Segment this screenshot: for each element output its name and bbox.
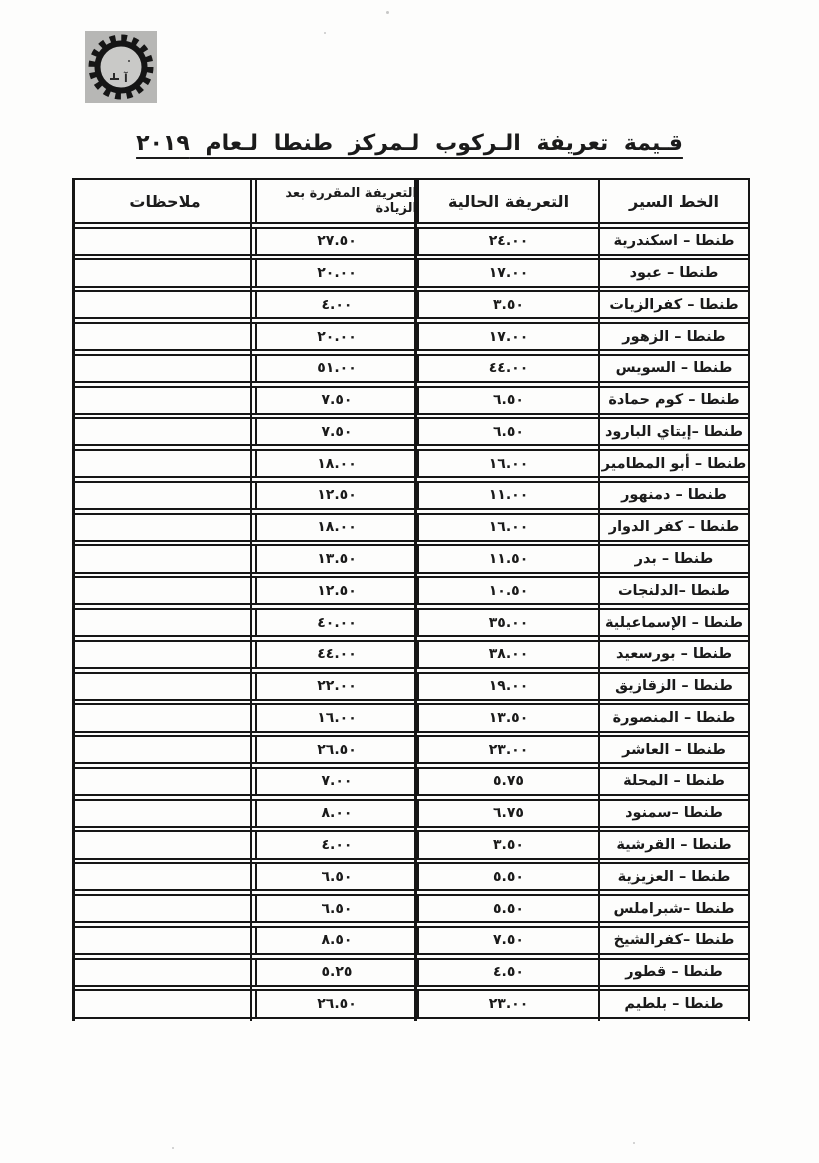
notes-cell (75, 292, 255, 317)
route-cell: طنطا – قطور (598, 960, 748, 985)
new-fare-cell: ٦.٥٠ (255, 896, 417, 921)
table-body: طنطا – اسكندرية ٢٤.٠٠ ٢٧.٥٠ طنطا – عبود … (72, 227, 750, 1019)
route-cell: طنطا – الزهور (598, 324, 748, 349)
header-notes: ملاحظات (75, 180, 255, 222)
current-fare-cell: ١٠.٥٠ (417, 578, 598, 603)
table-row: طنطا – اسكندرية ٢٤.٠٠ ٢٧.٥٠ (72, 227, 750, 256)
table-row: طنطا – المحلة ٥.٧٥ ٧.٠٠ (72, 767, 750, 796)
route-cell: طنطا – اسكندرية (598, 229, 748, 254)
notes-cell (75, 578, 255, 603)
new-fare-cell: ٧.٠٠ (255, 769, 417, 794)
notes-cell (75, 388, 255, 413)
route-cell: طنطا – المنصورة (598, 705, 748, 730)
route-cell: طنطا – كفرالزيات (598, 292, 748, 317)
route-cell: طنطا –شبراملس (598, 896, 748, 921)
current-fare-cell: ٢٣.٠٠ (417, 737, 598, 762)
fare-table: الخط السير التعريفة الحالية التعريفة الم… (72, 178, 750, 1021)
new-fare-cell: ٢٦.٥٠ (255, 737, 417, 762)
notes-cell (75, 832, 255, 857)
new-fare-cell: ٨.٠٠ (255, 801, 417, 826)
table-row: طنطا – كفر الدوار ١٦.٠٠ ١٨.٠٠ (72, 513, 750, 542)
scan-speck (386, 11, 389, 14)
table-row: طنطا – العاشر ٢٣.٠٠ ٢٦.٥٠ (72, 735, 750, 764)
current-fare-cell: ١٩.٠٠ (417, 674, 598, 699)
new-fare-cell: ١٨.٠٠ (255, 515, 417, 540)
current-fare-cell: ١١.٠٠ (417, 483, 598, 508)
route-cell: طنطا – الإسماعيلية (598, 610, 748, 635)
notes-cell (75, 515, 255, 540)
table-header-row: الخط السير التعريفة الحالية التعريفة الم… (72, 178, 750, 224)
current-fare-cell: ٧.٥٠ (417, 928, 598, 953)
notes-cell (75, 864, 255, 889)
new-fare-cell: ٤.٠٠ (255, 832, 417, 857)
current-fare-cell: ١٣.٥٠ (417, 705, 598, 730)
new-fare-cell: ٢٠.٠٠ (255, 260, 417, 285)
route-cell: طنطا – بلطيم (598, 991, 748, 1016)
notes-cell (75, 896, 255, 921)
table-row: طنطا –كفرالشيخ ٧.٥٠ ٨.٥٠ (72, 926, 750, 955)
notes-cell (75, 991, 255, 1016)
route-cell: طنطا –كفرالشيخ (598, 928, 748, 953)
table-row: طنطا – بدر ١١.٥٠ ١٣.٥٠ (72, 544, 750, 573)
current-fare-cell: ١٦.٠٠ (417, 515, 598, 540)
current-fare-cell: ٦.٥٠ (417, 419, 598, 444)
table-row: طنطا – الزقازيق ١٩.٠٠ ٢٢.٠٠ (72, 672, 750, 701)
new-fare-cell: ٢٧.٥٠ (255, 229, 417, 254)
table-row: طنطا –شبراملس ٥.٥٠ ٦.٥٠ (72, 894, 750, 923)
header-current: التعريفة الحالية (417, 180, 598, 222)
new-fare-cell: ٤٤.٠٠ (255, 642, 417, 667)
route-cell: طنطا – دمنهور (598, 483, 748, 508)
new-fare-cell: ١٣.٥٠ (255, 546, 417, 571)
table-row: طنطا – قطور ٤.٥٠ ٥.٢٥ (72, 958, 750, 987)
notes-cell (75, 229, 255, 254)
table-row: طنطا – عبود ١٧.٠٠ ٢٠.٠٠ (72, 258, 750, 287)
route-cell: طنطا – عبود (598, 260, 748, 285)
route-cell: طنطا – أبو المطامير (598, 451, 748, 476)
current-fare-cell: ٥.٥٠ (417, 864, 598, 889)
current-fare-cell: ٤.٥٠ (417, 960, 598, 985)
notes-cell (75, 642, 255, 667)
current-fare-cell: ٤٤.٠٠ (417, 356, 598, 381)
route-cell: طنطا – السويس (598, 356, 748, 381)
column-divider-new-notes (250, 178, 253, 1021)
route-cell: طنطا – الزقازيق (598, 674, 748, 699)
current-fare-cell: ١١.٥٠ (417, 546, 598, 571)
current-fare-cell: ٢٤.٠٠ (417, 229, 598, 254)
notes-cell (75, 324, 255, 349)
column-divider-current-new (414, 178, 417, 1021)
table-row: طنطا – بلطيم ٢٣.٠٠ ٢٦.٥٠ (72, 989, 750, 1018)
table-edge-left (72, 178, 75, 1021)
current-fare-cell: ٥.٧٥ (417, 769, 598, 794)
current-fare-cell: ٦.٧٥ (417, 801, 598, 826)
current-fare-cell: ٥.٥٠ (417, 896, 598, 921)
notes-cell (75, 451, 255, 476)
header-new-tariff: التعريفة المقررة بعد الزيادة (255, 180, 417, 222)
table-row: طنطا – كفرالزيات ٣.٥٠ ٤.٠٠ (72, 290, 750, 319)
table-row: طنطا – دمنهور ١١.٠٠ ١٢.٥٠ (72, 481, 750, 510)
notes-cell (75, 610, 255, 635)
notes-cell (75, 674, 255, 699)
new-fare-cell: ١٨.٠٠ (255, 451, 417, 476)
new-fare-cell: ٧.٥٠ (255, 419, 417, 444)
current-fare-cell: ١٧.٠٠ (417, 260, 598, 285)
table-row: طنطا –سمنود ٦.٧٥ ٨.٠٠ (72, 799, 750, 828)
notes-cell (75, 546, 255, 571)
notes-cell (75, 928, 255, 953)
scan-speck (633, 1142, 635, 1144)
column-divider-route-current (598, 178, 601, 1021)
notes-cell (75, 801, 255, 826)
table-row: طنطا – العزيزية ٥.٥٠ ٦.٥٠ (72, 862, 750, 891)
route-cell: طنطا – القرشية (598, 832, 748, 857)
route-cell: طنطا –سمنود (598, 801, 748, 826)
table-row: طنطا –إيتاي البارود ٦.٥٠ ٧.٥٠ (72, 417, 750, 446)
route-cell: طنطا –الدلنجات (598, 578, 748, 603)
new-fare-cell: ٨.٥٠ (255, 928, 417, 953)
table-row: طنطا – السويس ٤٤.٠٠ ٥١.٠٠ (72, 354, 750, 383)
route-cell: طنطا – العاشر (598, 737, 748, 762)
table-row: طنطا –الدلنجات ١٠.٥٠ ١٢.٥٠ (72, 576, 750, 605)
notes-cell (75, 960, 255, 985)
table-row: طنطا – أبو المطامير ١٦.٠٠ ١٨.٠٠ (72, 449, 750, 478)
current-fare-cell: ٦.٥٠ (417, 388, 598, 413)
current-fare-cell: ١٦.٠٠ (417, 451, 598, 476)
current-fare-cell: ٣٨.٠٠ (417, 642, 598, 667)
new-fare-cell: ٢٦.٥٠ (255, 991, 417, 1016)
notes-cell (75, 483, 255, 508)
new-fare-cell: ٢٠.٠٠ (255, 324, 417, 349)
current-fare-cell: ٣٥.٠٠ (417, 610, 598, 635)
new-fare-cell: ٧.٥٠ (255, 388, 417, 413)
route-cell: طنطا – بدر (598, 546, 748, 571)
notes-cell (75, 356, 255, 381)
current-fare-cell: ٢٣.٠٠ (417, 991, 598, 1016)
table-row: طنطا – الزهور ١٧.٠٠ ٢٠.٠٠ (72, 322, 750, 351)
new-fare-cell: ٦.٥٠ (255, 864, 417, 889)
scan-speck (324, 32, 326, 34)
route-cell: طنطا –إيتاي البارود (598, 419, 748, 444)
scan-speck (172, 1147, 174, 1149)
route-cell: طنطا – العزيزية (598, 864, 748, 889)
new-fare-cell: ٢٢.٠٠ (255, 674, 417, 699)
gear-emblem-icon: آ (88, 34, 154, 100)
header-route: الخط السير (598, 180, 748, 222)
notes-cell (75, 769, 255, 794)
svg-text:آ: آ (123, 71, 128, 85)
current-fare-cell: ١٧.٠٠ (417, 324, 598, 349)
current-fare-cell: ٣.٥٠ (417, 832, 598, 857)
route-cell: طنطا – بورسعيد (598, 642, 748, 667)
current-fare-cell: ٣.٥٠ (417, 292, 598, 317)
notes-cell (75, 737, 255, 762)
scanned-document-page: آ قـيمة تعريفة الـركوب لـمركز طنطا لـعام… (0, 0, 819, 1163)
table-row: طنطا – كوم حمادة ٦.٥٠ ٧.٥٠ (72, 386, 750, 415)
new-fare-cell: ٤.٠٠ (255, 292, 417, 317)
new-fare-cell: ١٢.٥٠ (255, 578, 417, 603)
page-title: قـيمة تعريفة الـركوب لـمركز طنطا لـعام ٢… (0, 131, 819, 156)
route-cell: طنطا – كوم حمادة (598, 388, 748, 413)
notes-cell (75, 419, 255, 444)
route-cell: طنطا – المحلة (598, 769, 748, 794)
table-row: طنطا – المنصورة ١٣.٥٠ ١٦.٠٠ (72, 703, 750, 732)
table-edge-right (748, 178, 751, 1021)
new-fare-cell: ٥.٢٥ (255, 960, 417, 985)
table-row: طنطا – القرشية ٣.٥٠ ٤.٠٠ (72, 830, 750, 859)
new-fare-cell: ٥١.٠٠ (255, 356, 417, 381)
table-row: طنطا – بورسعيد ٣٨.٠٠ ٤٤.٠٠ (72, 640, 750, 669)
notes-cell (75, 260, 255, 285)
new-fare-cell: ١٦.٠٠ (255, 705, 417, 730)
organization-logo: آ (85, 31, 157, 103)
notes-cell (75, 705, 255, 730)
new-fare-cell: ٤٠.٠٠ (255, 610, 417, 635)
new-fare-cell: ١٢.٥٠ (255, 483, 417, 508)
table-row: طنطا – الإسماعيلية ٣٥.٠٠ ٤٠.٠٠ (72, 608, 750, 637)
route-cell: طنطا – كفر الدوار (598, 515, 748, 540)
